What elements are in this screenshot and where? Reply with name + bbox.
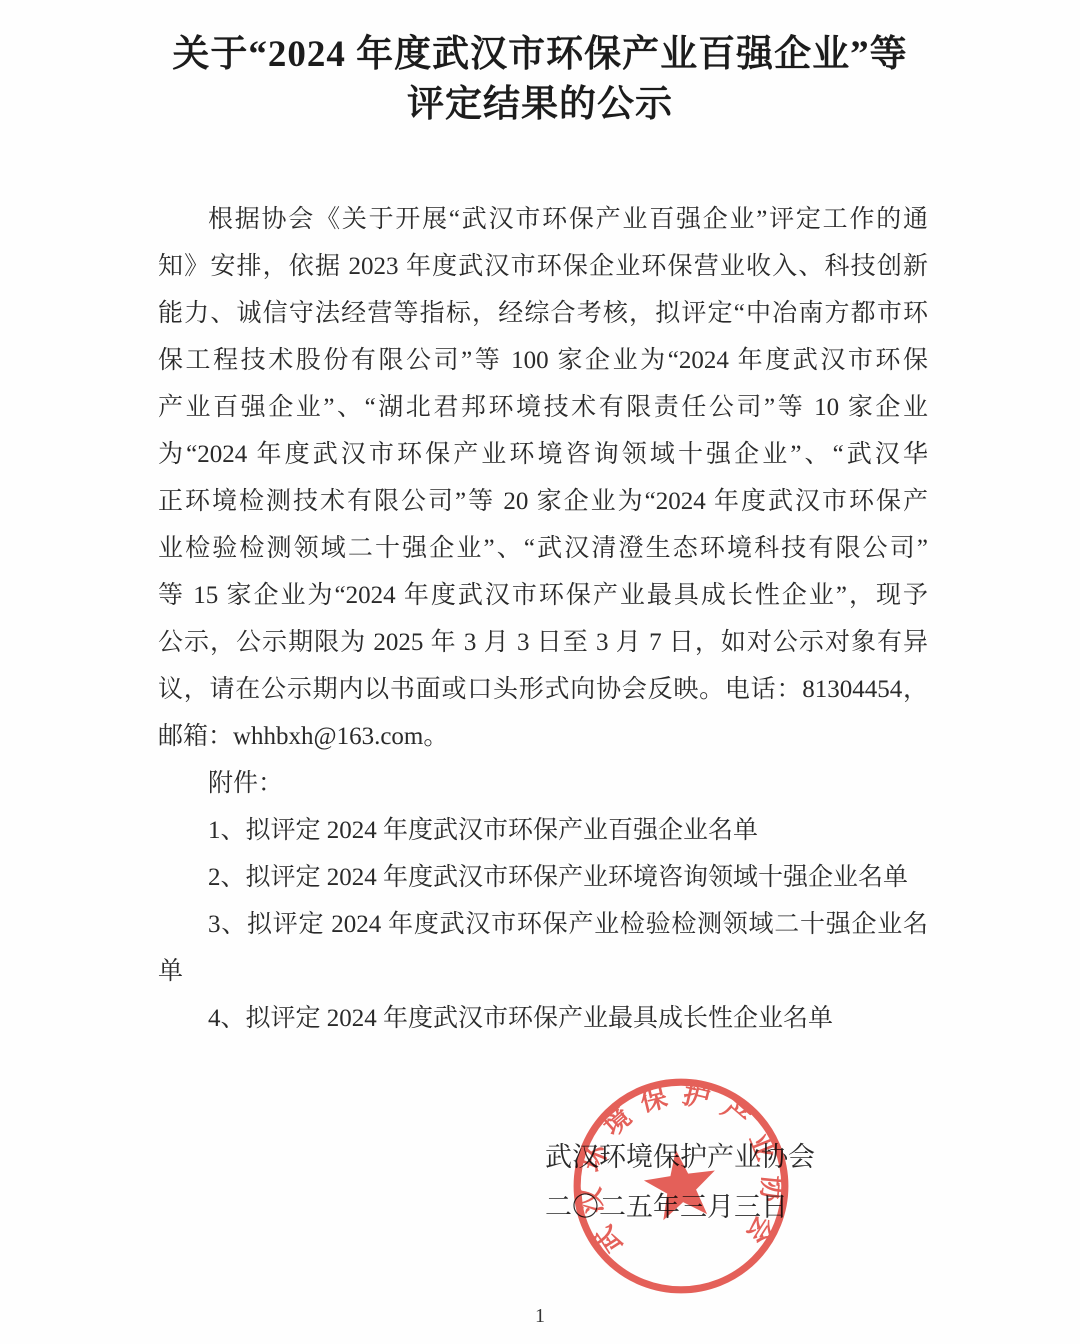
paragraph-line: 保工程技术股份有限公司”等 100 家企业为“2024 年度武汉市环保 — [158, 337, 928, 384]
attachment-item-3: 3、拟评定 2024 年度武汉市环保产业检验检测领域二十强企业名 — [158, 901, 928, 948]
paragraph-line: 正环境检测技术有限公司”等 20 家企业为“2024 年度武汉市环保产 — [158, 478, 928, 525]
paragraph-line: 公示，公示期限为 2025 年 3 月 3 日至 3 月 7 日，如对公示对象有… — [158, 619, 928, 666]
paragraph-line: 为“2024 年度武汉市环保产业环境咨询领域十强企业”、“武汉华 — [158, 431, 928, 478]
paragraph-line: 知》安排，依据 2023 年度武汉市环保企业环保营业收入、科技创新 — [158, 243, 928, 290]
document-body: 根据协会《关于开展“武汉市环保产业百强企业”评定工作的通 知》安排，依据 202… — [158, 196, 928, 1042]
document-title-line-1: 关于“2024 年度武汉市环保产业百强企业”等 — [0, 30, 1080, 80]
document-page: 关于“2024 年度武汉市环保产业百强企业”等 评定结果的公示 根据协会《关于开… — [0, 0, 1080, 1344]
paragraph-line: 产业百强企业”、“湖北君邦环境技术有限责任公司”等 10 家企业 — [158, 384, 928, 431]
attachment-item-4: 4、拟评定 2024 年度武汉市环保产业最具成长性企业名单 — [158, 995, 928, 1042]
page-number: 1 — [0, 1305, 1080, 1328]
attachment-item-3-overflow: 单 — [158, 948, 928, 995]
seal-star-icon — [640, 1145, 720, 1222]
paragraph-line: 根据协会《关于开展“武汉市环保产业百强企业”评定工作的通 — [158, 196, 928, 243]
document-title-line-2: 评定结果的公示 — [0, 80, 1080, 130]
document-title: 关于“2024 年度武汉市环保产业百强企业”等 评定结果的公示 — [0, 30, 1080, 130]
attachment-item-2: 2、拟评定 2024 年度武汉市环保产业环境咨询领域十强企业名单 — [158, 854, 928, 901]
paragraph-line-email: 邮箱：whhbxh@163.com。 — [158, 713, 928, 760]
paragraph-line: 业检验检测领域二十强企业”、“武汉清澄生态环境科技有限公司” — [158, 525, 928, 572]
paragraph-line: 等 15 家企业为“2024 年度武汉市环保产业最具成长性企业”，现予 — [158, 572, 928, 619]
attachments-heading: 附件： — [158, 760, 928, 807]
paragraph-line: 议，请在公示期内以书面或口头形式向协会反映。电话：81304454， — [158, 666, 928, 713]
paragraph-line: 能力、诚信守法经营等指标，经综合考核，拟评定“中冶南方都市环 — [158, 290, 928, 337]
attachment-item-1: 1、拟评定 2024 年度武汉市环保产业百强企业名单 — [158, 807, 928, 854]
official-seal: 武汉环境保护产业协会 — [569, 1074, 793, 1298]
